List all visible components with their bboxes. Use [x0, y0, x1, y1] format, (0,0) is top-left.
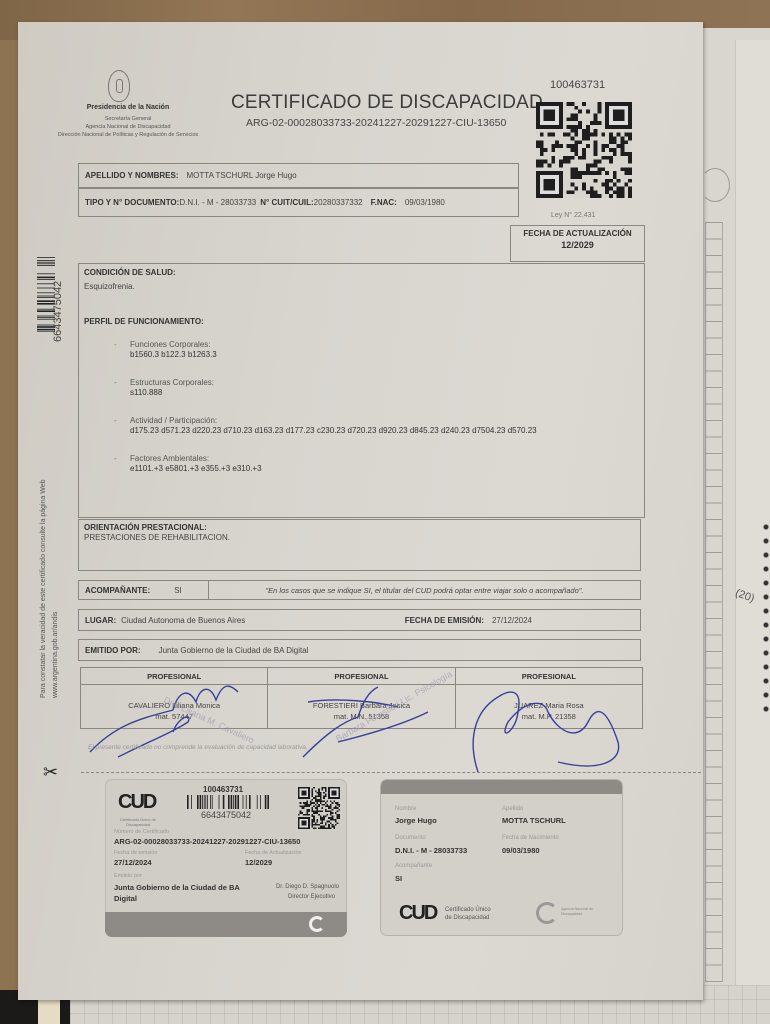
card-issue-date: 27/12/2024 — [114, 858, 152, 867]
companion-value: SI — [174, 586, 182, 595]
professional-cell: PROFESIONAL FORESTIERI Barbara Jesica ma… — [267, 667, 455, 729]
place-value: Ciudad Autonoma de Buenos Aires — [121, 616, 245, 625]
card-last-name: MOTTA TSCHURL — [502, 816, 566, 825]
qr-code-icon[interactable] — [298, 787, 340, 829]
orientation-value: PRESTACIONES DE REHABILITACION. — [84, 533, 635, 542]
certificate-number: ARG-02-00028033733-20241227-20291227-CIU… — [246, 117, 506, 129]
national-seal-icon — [108, 70, 130, 102]
professional-license: mat. 57447 — [81, 712, 267, 721]
issuer-value: Junta Gobierno de la Ciudad de BA Digita… — [159, 646, 309, 655]
card-certificate-number: ARG-02-00028033733-20241227-20291227-CIU… — [114, 837, 300, 846]
agency-logo-icon — [536, 902, 558, 924]
health-section: CONDICIÓN DE SALUD: Esquizofrenia. PERFI… — [78, 263, 645, 518]
professional-name: FORESTIERI Barbara Jesica — [268, 701, 454, 710]
card-first-name: Jorge Hugo — [395, 816, 437, 825]
side-barcode-number: 6643475042 — [52, 281, 64, 342]
card-update-date: 12/2029 — [245, 858, 272, 867]
document-number: D.N.I. - M - 28033733 — [179, 198, 256, 207]
professional-cell: PROFESIONAL JUAREZ Maria Rosa mat. M.P. … — [455, 667, 643, 729]
professional-license: mat. M.N. 51358 — [268, 712, 454, 721]
card-companion: SI — [395, 874, 402, 883]
full-name: MOTTA TSCHURL Jorge Hugo — [187, 171, 297, 180]
verification-url[interactable]: www.argentina.gob.ar/andis — [50, 479, 62, 698]
name-row: APELLIDO Y NOMBRES: MOTTA TSCHURL Jorge … — [78, 163, 519, 188]
cuit-number: 20280337332 — [314, 198, 363, 207]
card-control-number: 100463731 — [203, 785, 243, 794]
scissors-icon: ✂ — [43, 762, 58, 783]
document-row: TIPO Y N° DOCUMENTO: D.N.I. - M - 280337… — [78, 188, 519, 217]
professional-name: CAVALIERO Liliana Monica — [81, 701, 267, 710]
companion-row: ACOMPAÑANTE: SI "En los casos que se ind… — [78, 580, 641, 600]
professional-name: JUAREZ Maria Rosa — [456, 701, 642, 710]
page-title: CERTIFICADO DE DISCAPACIDAD — [231, 92, 543, 114]
card-document: D.N.I. - M - 28033733 — [395, 846, 467, 855]
notebook-rings — [762, 520, 770, 720]
update-date-box: FECHA DE ACTUALIZACIÓN 12/2029 — [510, 225, 645, 262]
professional-license: mat. M.P. 21358 — [456, 712, 642, 721]
org-lines: Secretaría General Agencia Nacional de D… — [48, 115, 208, 139]
org-main: Presidencia de la Nación — [68, 104, 188, 111]
health-condition: Esquizofrenia. — [84, 282, 639, 291]
issue-date: 27/12/2024 — [492, 616, 532, 625]
cud-logo-icon: CUD — [399, 902, 436, 925]
card-birth-date: 09/03/1980 — [502, 846, 540, 855]
place-row: LUGAR: Ciudad Autonoma de Buenos Aires F… — [78, 609, 641, 631]
profile-item: Estructuras Corporales: s110.888 — [130, 378, 639, 398]
qr-code-icon[interactable] — [536, 102, 632, 198]
agency-logo-icon — [309, 916, 325, 932]
professionals-table: PROFESIONAL CAVALIERO Liliana Monica mat… — [81, 667, 643, 729]
companion-note: "En los casos que se indique SI, el titu… — [209, 586, 640, 595]
profile-item: Actividad / Participación: d175.23 d571.… — [130, 416, 639, 436]
orientation-section: ORIENTACIÓN PRESTACIONAL: PRESTACIONES D… — [78, 519, 641, 571]
professional-cell: PROFESIONAL CAVALIERO Liliana Monica mat… — [80, 667, 268, 729]
law-reference: Ley N° 22.431 — [551, 212, 595, 219]
grid-paper-strip — [705, 222, 723, 982]
certificate-paper: Presidencia de la Nación Secretaría Gene… — [18, 22, 703, 1000]
birth-date: 09/03/1980 — [405, 198, 445, 207]
punch-hole-outline — [700, 168, 730, 202]
disclaimer: El presente certificado no comprende la … — [88, 744, 308, 751]
card-barcode-number: 6643475042 — [201, 810, 251, 820]
cud-card-front: CUD Certificado Único de Discapacidad 10… — [105, 779, 347, 937]
cud-logo-icon: CUD — [118, 791, 155, 814]
barcode-icon — [187, 795, 269, 809]
cud-card-back: Nombre Jorge Hugo Apellido MOTTA TSCHURL… — [380, 779, 623, 936]
signer-name: Dr. Diego D. Spagnuolo — [265, 884, 339, 890]
profile-item: Funciones Corporales: b1560.3 b122.3 b12… — [130, 340, 639, 360]
card-issuer: Junta Gobierno de la Ciudad de BA — [114, 883, 240, 892]
profile-item: Factores Ambientales: e1101.+3 e5801.+3 … — [130, 454, 639, 474]
verification-note: Para constatar la veracidad de este cert… — [38, 479, 62, 698]
issuer-row: EMITIDO POR: Junta Gobierno de la Ciudad… — [78, 639, 641, 661]
control-number: 100463731 — [550, 79, 605, 91]
signer-role: Director Ejecutivo — [265, 894, 335, 900]
cut-line — [81, 772, 701, 773]
